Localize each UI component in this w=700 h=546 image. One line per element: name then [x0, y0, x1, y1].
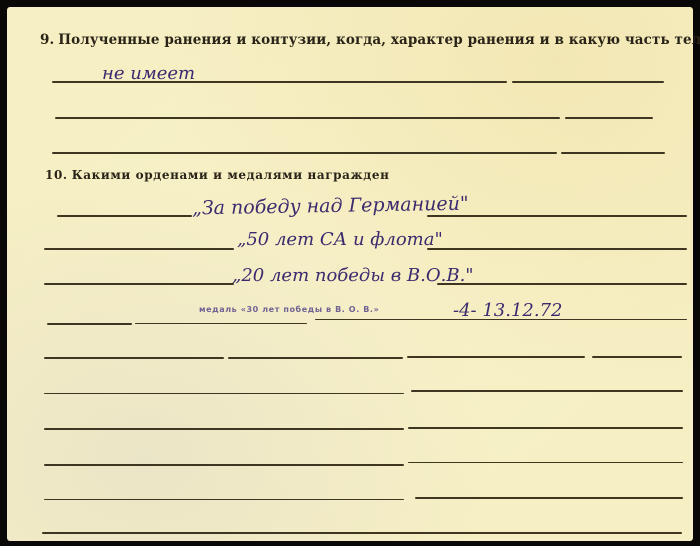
rule-10-5a: [44, 357, 224, 359]
rule-10-2a: [44, 248, 234, 250]
rule-10-5b: [228, 357, 403, 359]
rule-10-6b: [411, 390, 683, 392]
rule-10-4b: [135, 323, 307, 324]
section-9-heading: 9.Полученные ранения и контузии, когда, …: [40, 32, 700, 48]
rule-10-8a: [44, 464, 404, 466]
rule-9-2a: [55, 117, 560, 119]
rule-10-5c: [407, 356, 585, 358]
medal-stamp: медаль «30 лет победы в В. О. В.»: [199, 305, 379, 314]
rule-10-7b: [408, 427, 683, 429]
section-10-heading: 10.Какими орденами и медалями награжден: [45, 168, 390, 182]
rule-10-6a: [44, 393, 404, 394]
award-date: -4- 13.12.72: [453, 300, 563, 321]
rule-10-4c: [315, 319, 687, 320]
rule-10-9a: [44, 499, 404, 500]
section-9-question: Полученные ранения и контузии, когда, ха…: [58, 32, 700, 48]
section-10-question: Какими орденами и медалями награжден: [72, 168, 390, 182]
award-line-2: „50 лет СА и флота": [237, 229, 443, 250]
rule-10-10: [42, 532, 682, 534]
rule-9-1a: [52, 81, 507, 83]
rule-9-1b: [512, 81, 664, 83]
rule-10-4a: [47, 323, 132, 325]
rule-10-2b: [427, 248, 687, 250]
rule-9-2b: [565, 117, 653, 119]
section-9-number: 9.: [40, 32, 54, 48]
rule-9-3b: [561, 152, 665, 154]
rule-10-3a: [44, 283, 234, 285]
rule-10-1b: [427, 215, 687, 217]
rule-10-1a: [57, 215, 192, 217]
document-sheet: 9.Полученные ранения и контузии, когда, …: [7, 7, 693, 541]
rule-10-5d: [592, 356, 682, 358]
rule-10-7a: [44, 428, 404, 430]
rule-9-3a: [52, 152, 557, 154]
rule-10-3b: [437, 283, 687, 285]
section-10-number: 10.: [45, 168, 68, 182]
rule-10-8b: [408, 462, 683, 463]
rule-10-9b: [415, 497, 683, 499]
